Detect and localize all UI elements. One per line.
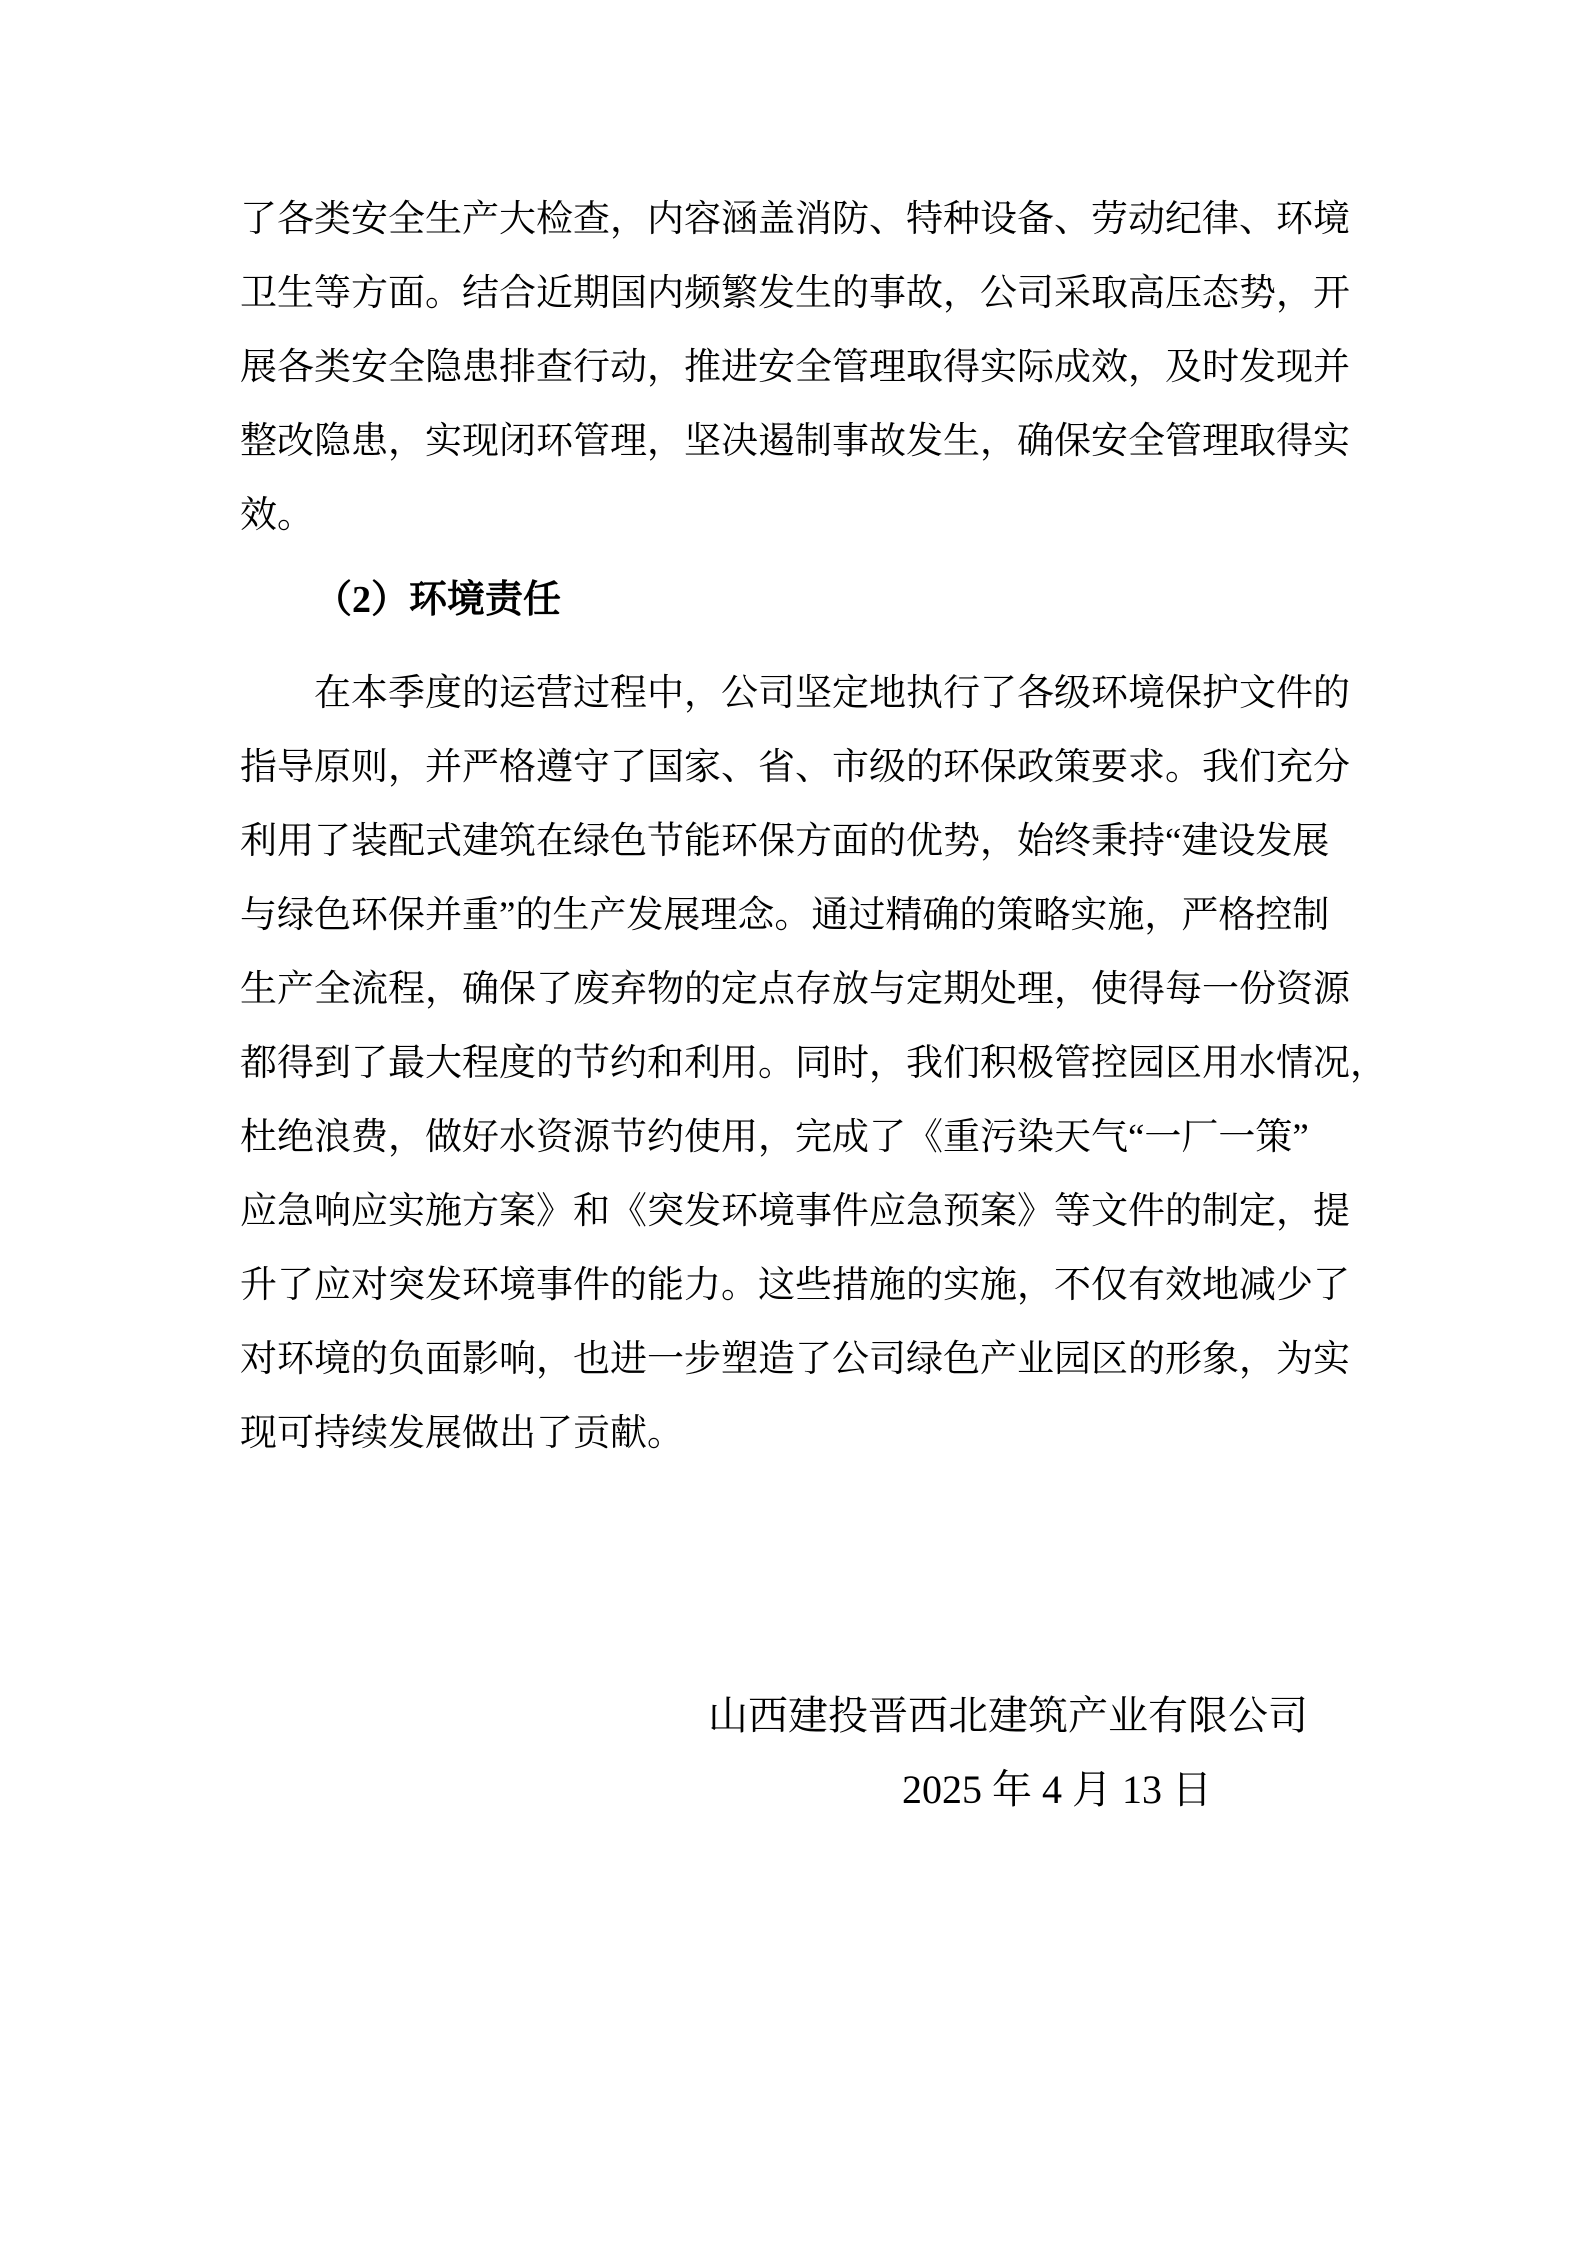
company-signature: 山西建投晋西北建筑产业有限公司 [240, 1679, 1356, 1753]
body-line: 都得到了最大程度的节约和利用。同时，我们积极管控园区用水情况， [240, 1027, 1356, 1101]
body-line: 对环境的负面影响，也进一步塑造了公司绿色产业园区的形象，为实 [240, 1323, 1356, 1397]
body-line: 生产全流程，确保了废弃物的定点存放与定期处理，使得每一份资源 [240, 953, 1356, 1027]
document-content: 了各类安全生产大检查，内容涵盖消防、特种设备、劳动纪律、环境 卫生等方面。结合近… [0, 0, 1586, 1827]
body-line: 卫生等方面。结合近期国内频繁发生的事故，公司采取高压态势，开 [240, 257, 1356, 331]
body-line: 效。 [240, 479, 1356, 553]
body-line: 了各类安全生产大检查，内容涵盖消防、特种设备、劳动纪律、环境 [240, 183, 1356, 257]
section-heading-environment: （2）环境责任 [240, 563, 1356, 637]
body-line: 与绿色环保并重”的生产发展理念。通过精确的策略实施，严格控制 [240, 879, 1356, 953]
body-line: 应急响应实施方案》和《突发环境事件应急预案》等文件的制定，提 [240, 1175, 1356, 1249]
body-line: 在本季度的运营过程中，公司坚定地执行了各级环境保护文件的 [240, 657, 1356, 731]
body-line: 整改隐患，实现闭环管理，坚决遏制事故发生，确保安全管理取得实 [240, 405, 1356, 479]
body-line: 升了应对突发环境事件的能力。这些措施的实施，不仅有效地减少了 [240, 1249, 1356, 1323]
body-line: 杜绝浪费，做好水资源节约使用，完成了《重污染天气“一厂一策” [240, 1101, 1356, 1175]
body-line: 利用了装配式建筑在绿色节能环保方面的优势，始终秉持“建设发展 [240, 805, 1356, 879]
report-date: 2025 年 4 月 13 日 [240, 1753, 1356, 1827]
body-line: 现可持续发展做出了贡献。 [240, 1397, 1356, 1471]
body-line: 指导原则，并严格遵守了国家、省、市级的环保政策要求。我们充分 [240, 731, 1356, 805]
body-line: 展各类安全隐患排查行动，推进安全管理取得实际成效，及时发现并 [240, 331, 1356, 405]
document-page: 了各类安全生产大检查，内容涵盖消防、特种设备、劳动纪律、环境 卫生等方面。结合近… [0, 0, 1586, 2245]
